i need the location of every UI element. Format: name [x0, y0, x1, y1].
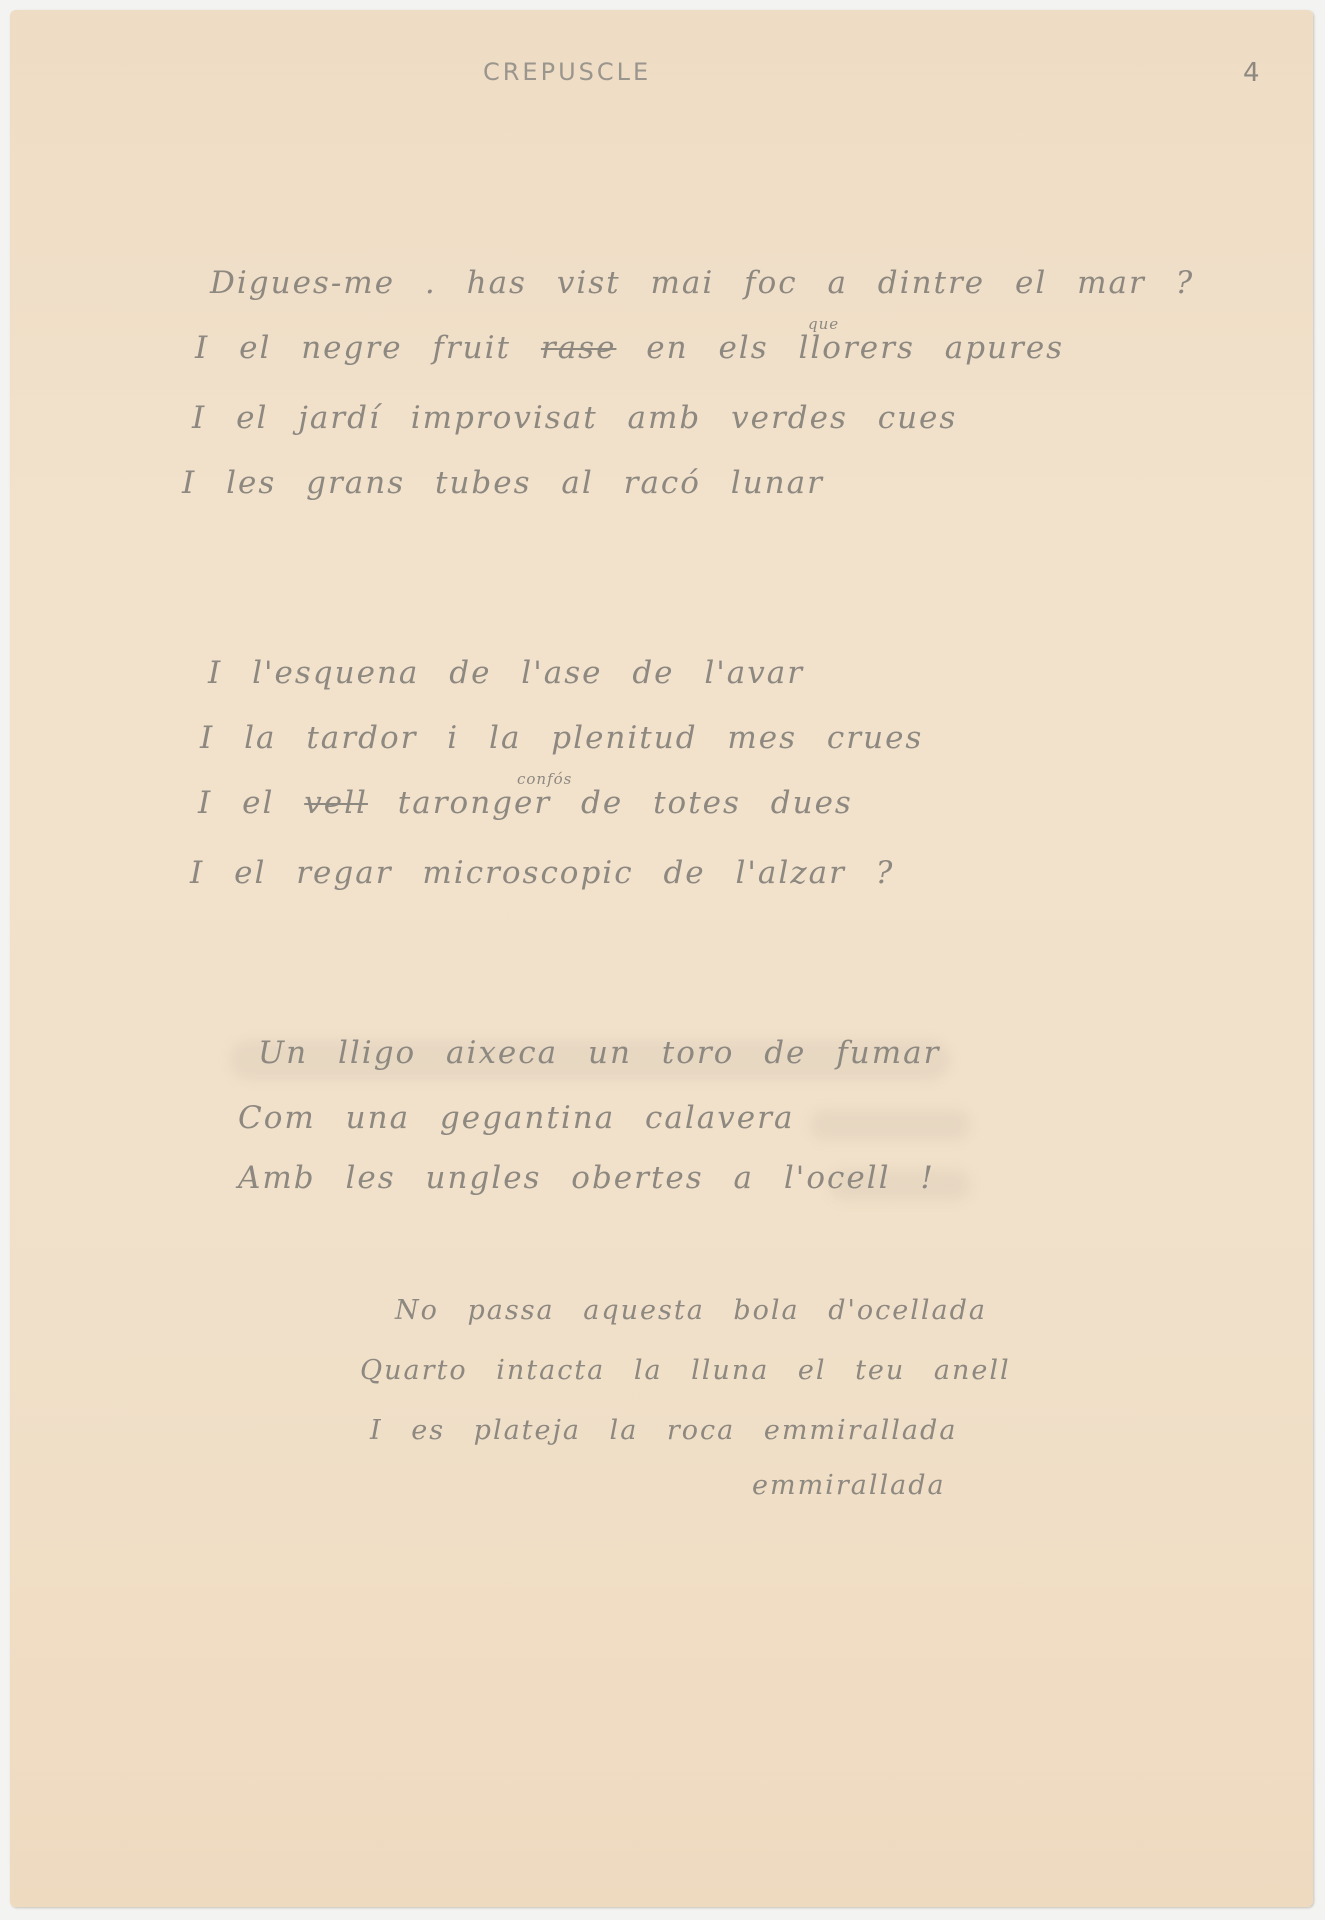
stanza-2-line-4: I el regar microscopic de l'alzar ? [190, 855, 894, 891]
struck-word: vell [304, 785, 368, 821]
line-text-end: taronger de totes dues [368, 785, 853, 821]
stanza-3-line-2: Com una gegantina calavera [238, 1100, 794, 1136]
insertion-above: confós [517, 770, 572, 788]
line-text-end: en els llorers apures [616, 330, 1064, 366]
struck-word: rase [541, 330, 617, 366]
insertion-above: que [808, 315, 839, 333]
stanza-1-line-2: I el negre fruit rase en els llorers apu… [195, 330, 1064, 366]
stanza-2-line-1: I l'esquena de l'ase de l'avar [208, 655, 804, 691]
stanza-4-line-4: emmirallada [752, 1470, 946, 1501]
stanza-4-line-2: Quarto intacta la lluna el teu anell [360, 1355, 1011, 1386]
stanza-1-line-4: I les grans tubes al racó lunar [182, 465, 824, 501]
stanza-3-line-3: Amb les ungles obertes a l'ocell ! [238, 1160, 935, 1196]
erasure-smudge [810, 1110, 970, 1140]
stanza-4-line-1: No passa aquesta bola d'ocellada [395, 1295, 987, 1326]
stanza-2-line-2: I la tardor i la plenitud mes crues [200, 720, 923, 756]
page-number: 4 [1243, 58, 1262, 88]
stanza-1-line-1: Digues-me . has vist mai foc a dintre el… [210, 265, 1194, 301]
stanza-2-line-3: I el vell taronger de totes dues [198, 785, 853, 821]
manuscript-page: CREPUSCLE 4 Digues-me . has vist mai foc… [10, 10, 1313, 1907]
stanza-1-line-3: I el jardí improvisat amb verdes cues [192, 400, 957, 436]
line-text-start: I el [198, 785, 304, 821]
line-text-start: I el negre fruit [195, 330, 541, 366]
stanza-4-line-3: I es plateja la roca emmirallada [370, 1415, 957, 1446]
stanza-3-line-1: Un lligo aixeca un toro de fumar [258, 1035, 940, 1071]
poem-title: CREPUSCLE [483, 58, 651, 86]
